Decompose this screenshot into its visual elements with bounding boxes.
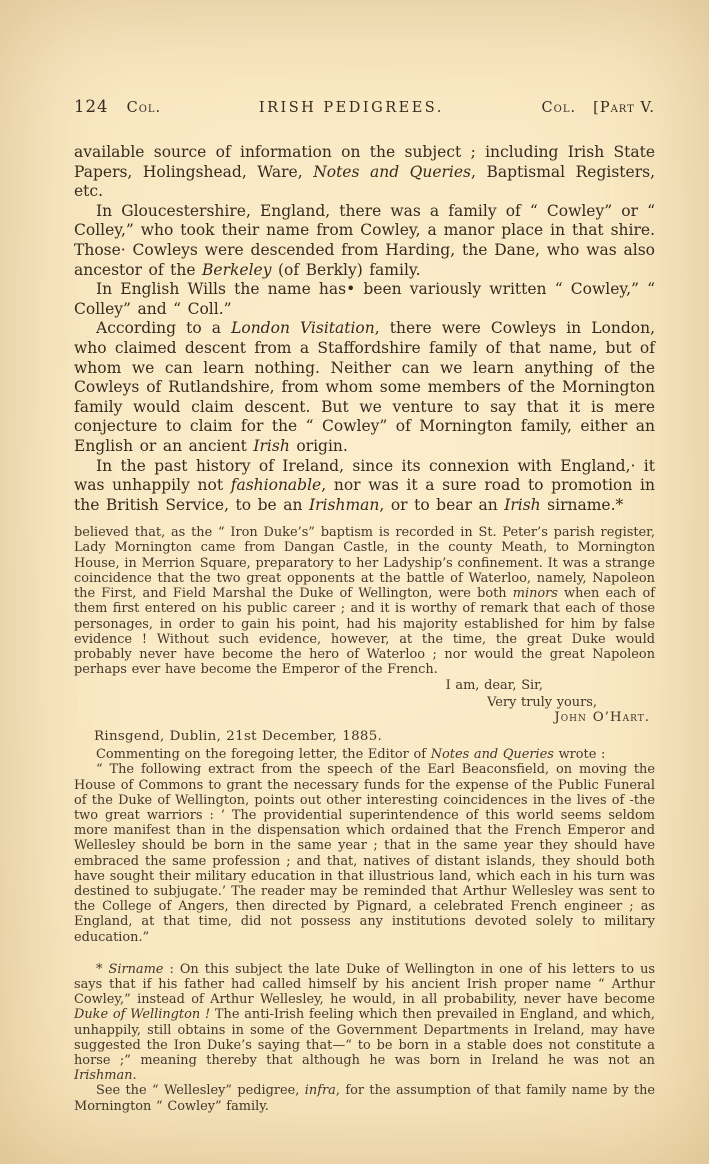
letter-salutation: I am, dear, Sir, bbox=[74, 678, 655, 693]
italic-text: Irishman bbox=[74, 1068, 133, 1083]
para-gloucestershire: In Gloucestershire, England, there was a… bbox=[74, 202, 655, 280]
para-london-visitation: According to a London Visitation, there … bbox=[74, 319, 655, 456]
italic-text: Notes and Queries bbox=[431, 747, 554, 762]
para-letter-body: believed that, as the “ Iron Duke’s” bap… bbox=[74, 525, 655, 677]
header-left: 124 Col. bbox=[74, 97, 161, 116]
footnote-sirname: * Sirname : On this subject the late Duk… bbox=[74, 962, 655, 1084]
para-editor-quote: “ The following extract from the speech … bbox=[74, 762, 655, 944]
para-past-history: In the past history of Ireland, since it… bbox=[74, 457, 655, 516]
book-page: 124 Col. IRISH PEDIGREES. Col. [Part V. … bbox=[0, 0, 709, 1164]
italic-text: Irishman bbox=[309, 496, 379, 514]
header-right: Col. [Part V. bbox=[542, 97, 655, 116]
italic-text: Irish bbox=[253, 437, 289, 455]
header-left-key: Col. bbox=[127, 100, 162, 116]
italic-text: London Visitation bbox=[231, 319, 375, 337]
letter-signature: John O’Hart. bbox=[74, 710, 655, 725]
italic-text: Berkeley bbox=[202, 261, 271, 279]
footnote-see-wellesley: See the “ Wellesley” pedigree, infra, fo… bbox=[74, 1083, 655, 1113]
italic-text: Notes and Queries bbox=[313, 163, 471, 181]
page-text: available source of information on the s… bbox=[74, 143, 655, 1114]
page-number: 124 bbox=[74, 97, 109, 116]
italic-text: Sirname bbox=[108, 962, 163, 977]
para-commenting: Commenting on the foregoing letter, the … bbox=[74, 747, 655, 762]
header-part-label: [Part V. bbox=[593, 100, 655, 116]
letter-dateline: Rinsgend, Dublin, 21st December, 1885. bbox=[74, 729, 655, 744]
italic-text: minors bbox=[513, 586, 558, 601]
page-title: IRISH PEDIGREES. bbox=[259, 100, 444, 116]
letter-signoff: Very truly yours, bbox=[74, 695, 655, 710]
italic-text: infra bbox=[305, 1083, 336, 1098]
italic-text: Irish bbox=[504, 496, 540, 514]
para-english-wills: In English Wills the name has• been vari… bbox=[74, 280, 655, 319]
header-right-key: Col. bbox=[542, 100, 577, 116]
smallcaps-text: John O’Hart. bbox=[554, 710, 650, 725]
para-available-source: available source of information on the s… bbox=[74, 143, 655, 202]
page-header: 124 Col. IRISH PEDIGREES. Col. [Part V. bbox=[74, 97, 655, 116]
italic-text: fashionable bbox=[231, 476, 321, 494]
italic-text: Duke of Wellington ! bbox=[74, 1007, 210, 1022]
